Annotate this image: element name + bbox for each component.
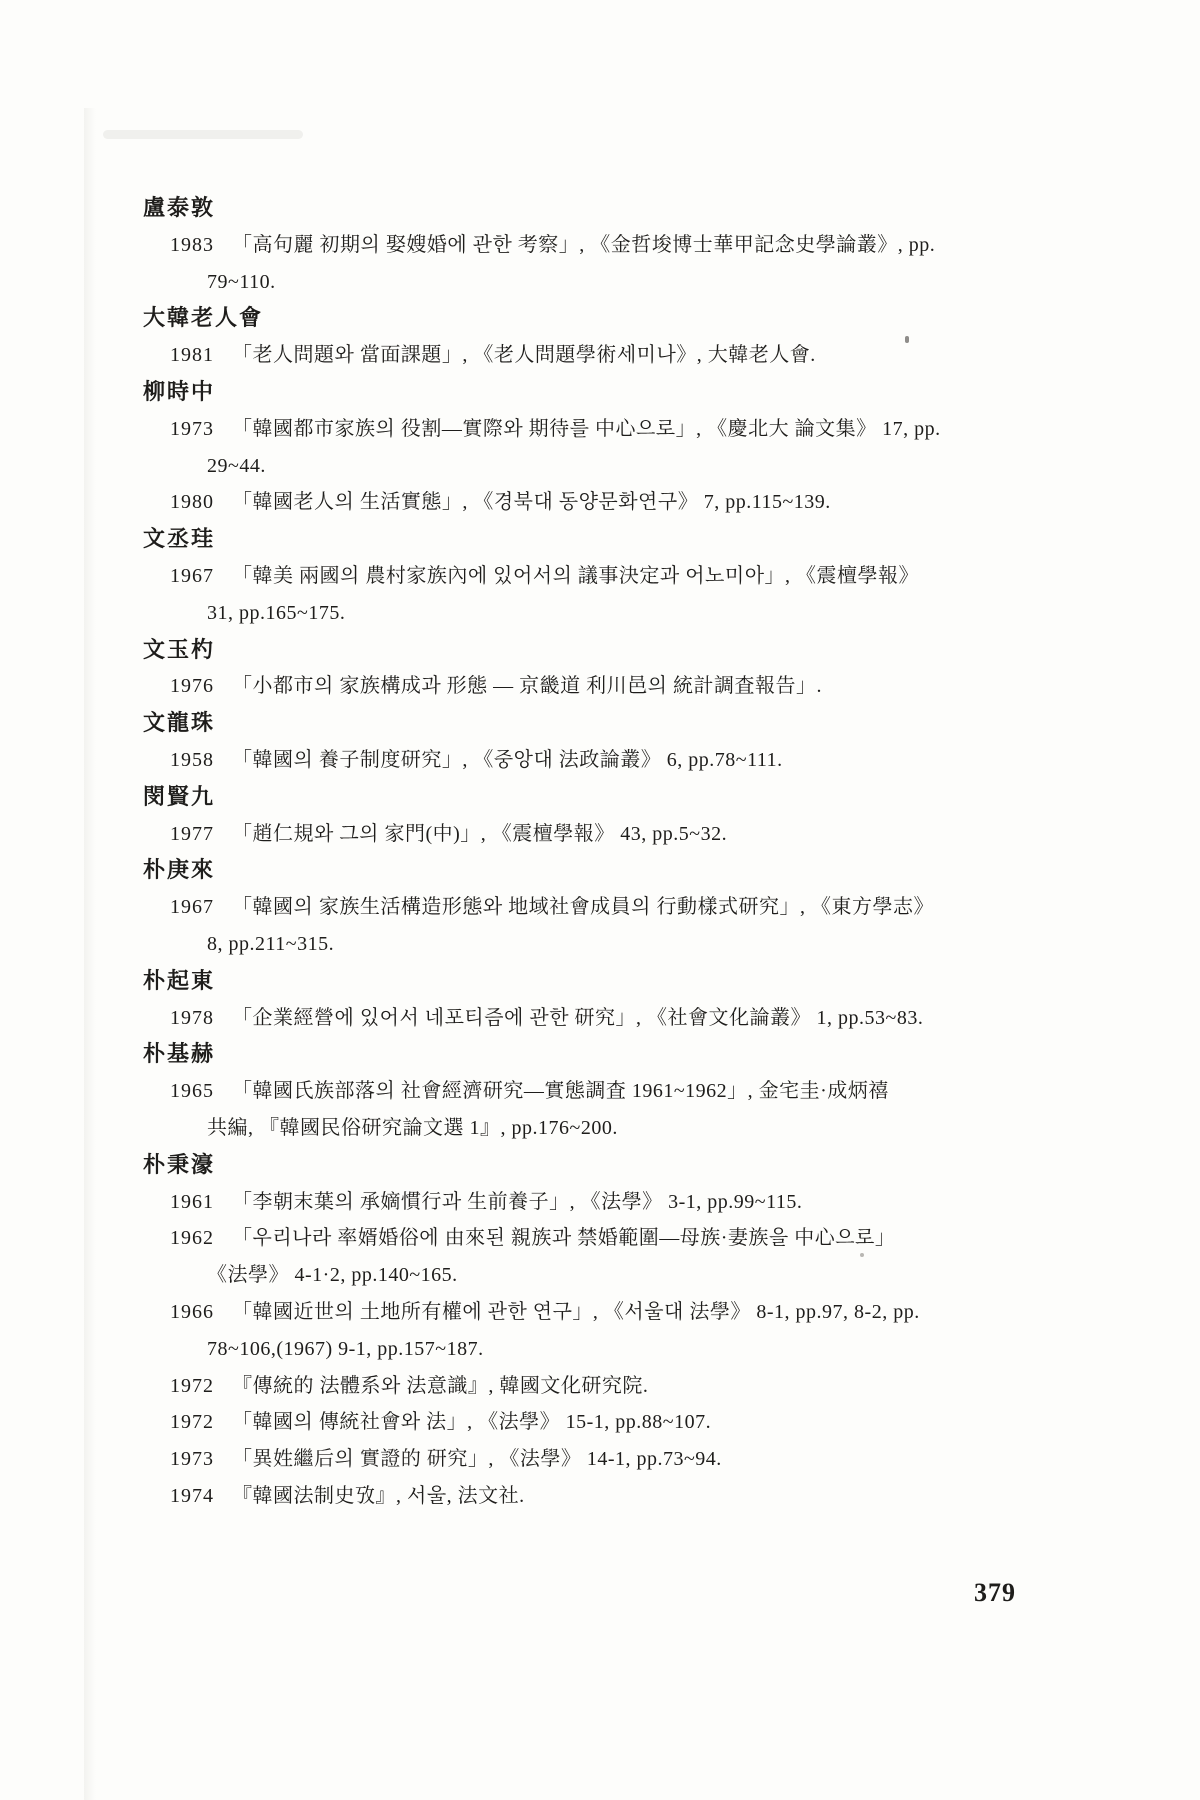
bibliography-entry: 1967 「韓美 兩國의 農村家族內에 있어서의 議事決定과 어노미아」, 《震… (0, 558, 1200, 632)
bibliography-group: 盧泰敦 1983 「高句麗 初期의 娶嫂婚에 관한 考察」, 《金哲埈博士華甲記… (0, 190, 1200, 300)
citation-line: 共編, 『韓國民俗研究論文選 1』, pp.176~200. (207, 1110, 944, 1147)
bibliography-group: 文龍珠 1958 「韓國의 養子制度研究」, 《중앙대 法政論叢》 6, pp.… (0, 705, 1200, 779)
entry-citation: 「韓國의 養子制度研究」, 《중앙대 法政論叢》 6, pp.78~111. (232, 742, 944, 779)
citation-line: 79~110. (207, 264, 944, 301)
bibliography-entry: 1976 「小都市의 家族構成과 形態 — 京畿道 利川邑의 統計調査報告」. (0, 668, 1200, 705)
entry-citation: 「趙仁規와 그의 家門(中)」, 《震檀學報》 43, pp.5~32. (232, 816, 944, 853)
citation-line: 「韓國의 養子制度研究」, 《중앙대 法政論叢》 6, pp.78~111. (232, 742, 944, 779)
bibliography-entry: 1962 「우리나라 率婿婚俗에 由來된 親族과 禁婚範圍—母族·妻族을 中心으… (0, 1220, 1200, 1294)
bibliography-group: 柳時中 1973 「韓國都市家族의 役割—實際와 期待를 中心으로」, 《慶北大… (0, 374, 1200, 521)
citation-line: 「企業經營에 있어서 네포티즘에 관한 研究」, 《社會文化論叢》 1, pp.… (232, 1000, 944, 1037)
bibliography-group: 朴基赫 1965 「韓國氏族部落의 社會經濟研究—實態調査 1961~1962」… (0, 1036, 1200, 1146)
entry-citation: 「李朝末葉의 承嫡慣行과 生前養子」, 《法學》 3-1, pp.99~115. (232, 1184, 944, 1221)
bibliography-group: 文丞珪 1967 「韓美 兩國의 農村家族內에 있어서의 議事決定과 어노미아」… (0, 521, 1200, 631)
citation-line: 「韓國의 傳統社會와 法」, 《法學》 15-1, pp.88~107. (232, 1404, 944, 1441)
entry-year: 1980 (170, 484, 232, 521)
entry-citation: 「韓美 兩國의 農村家族內에 있어서의 議事決定과 어노미아」, 《震檀學報》 … (232, 558, 944, 632)
author-heading: 柳時中 (0, 374, 1200, 411)
entry-year: 1981 (170, 337, 232, 374)
citation-line: 「韓國近世의 土地所有權에 관한 연구」, 《서울대 法學》 8-1, pp.9… (232, 1294, 944, 1331)
bibliography-entry: 1973 「異姓繼后의 實證的 研究」, 《法學》 14-1, pp.73~94… (0, 1441, 1200, 1478)
author-heading: 朴起東 (0, 963, 1200, 1000)
citation-line: 78~106,(1967) 9-1, pp.157~187. (207, 1331, 944, 1368)
entry-year: 1972 (170, 1368, 232, 1405)
bibliography-entry: 1981 「老人問題와 當面課題」, 《老人問題學術세미나》, 大韓老人會. (0, 337, 1200, 374)
scanned-book-page: 盧泰敦 1983 「高句麗 初期의 娶嫂婚에 관한 考察」, 《金哲埈博士華甲記… (0, 0, 1200, 1800)
citation-line: 31, pp.165~175. (207, 595, 944, 632)
citation-line: 『傳統的 法體系와 法意識』, 韓國文化研究院. (232, 1368, 944, 1405)
bibliography-group: 文玉杓 1976 「小都市의 家族構成과 形態 — 京畿道 利川邑의 統計調査報… (0, 632, 1200, 706)
citation-line: 《法學》 4-1·2, pp.140~165. (207, 1257, 944, 1294)
entry-year: 1974 (170, 1478, 232, 1515)
bibliography-entry: 1958 「韓國의 養子制度研究」, 《중앙대 法政論叢》 6, pp.78~1… (0, 742, 1200, 779)
scan-smudge-artifact (103, 130, 303, 139)
entry-year: 1976 (170, 668, 232, 705)
citation-line: 「韓國氏族部落의 社會經濟研究—實態調査 1961~1962」, 金宅圭·成炳禧 (232, 1073, 944, 1110)
citation-line: 「異姓繼后의 實證的 研究」, 《法學》 14-1, pp.73~94. (232, 1441, 944, 1478)
citation-line: 「高句麗 初期의 娶嫂婚에 관한 考察」, 《金哲埈博士華甲記念史學論叢》, p… (232, 227, 944, 264)
bibliography-group: 閔賢九 1977 「趙仁規와 그의 家門(中)」, 《震檀學報》 43, pp.… (0, 779, 1200, 853)
bibliography-entry: 1961 「李朝末葉의 承嫡慣行과 生前養子」, 《法學》 3-1, pp.99… (0, 1184, 1200, 1221)
bibliography-entry: 1980 「韓國老人의 生活實態」, 《경북대 동양문화연구》 7, pp.11… (0, 484, 1200, 521)
citation-line: 『韓國法制史攷』, 서울, 法文社. (232, 1478, 944, 1515)
bibliography-entry: 1972 「韓國의 傳統社會와 法」, 《法學》 15-1, pp.88~107… (0, 1404, 1200, 1441)
author-heading: 大韓老人會 (0, 300, 1200, 337)
author-heading: 朴庚來 (0, 852, 1200, 889)
author-heading: 文龍珠 (0, 705, 1200, 742)
entry-citation: 「企業經營에 있어서 네포티즘에 관한 研究」, 《社會文化論叢》 1, pp.… (232, 1000, 944, 1037)
bibliography-entry: 1977 「趙仁規와 그의 家門(中)」, 《震檀學報》 43, pp.5~32… (0, 816, 1200, 853)
citation-line: 「韓國의 家族生活構造形態와 地域社會成員의 行動樣式研究」, 《東方學志》 (232, 889, 944, 926)
citation-line: 「小都市의 家族構成과 形態 — 京畿道 利川邑의 統計調査報告」. (232, 668, 944, 705)
bibliography-group: 朴庚來 1967 「韓國의 家族生活構造形態와 地域社會成員의 行動樣式研究」,… (0, 852, 1200, 962)
bibliography: 盧泰敦 1983 「高句麗 初期의 娶嫂婚에 관한 考察」, 《金哲埈博士華甲記… (0, 190, 1200, 1515)
citation-line: 「韓國老人의 生活實態」, 《경북대 동양문화연구》 7, pp.115~139… (232, 484, 944, 521)
entry-citation: 「小都市의 家族構成과 形態 — 京畿道 利川邑의 統計調査報告」. (232, 668, 944, 705)
page-number: 379 (974, 1578, 1016, 1608)
entry-citation: 「韓國氏族部落의 社會經濟研究—實態調査 1961~1962」, 金宅圭·成炳禧… (232, 1073, 944, 1147)
entry-citation: 「韓國都市家族의 役割—實際와 期待를 中心으로」, 《慶北大 論文集》 17,… (232, 411, 944, 485)
bibliography-group: 大韓老人會 1981 「老人問題와 當面課題」, 《老人問題學術세미나》, 大韓… (0, 300, 1200, 374)
bibliography-entry: 1983 「高句麗 初期의 娶嫂婚에 관한 考察」, 《金哲埈博士華甲記念史學論… (0, 227, 1200, 301)
entry-citation: 『傳統的 法體系와 法意識』, 韓國文化研究院. (232, 1368, 944, 1405)
entry-citation: 『韓國法制史攷』, 서울, 法文社. (232, 1478, 944, 1515)
author-heading: 盧泰敦 (0, 190, 1200, 227)
author-heading: 文丞珪 (0, 521, 1200, 558)
author-heading: 文玉杓 (0, 632, 1200, 669)
bibliography-entry: 1966 「韓國近世의 土地所有權에 관한 연구」, 《서울대 法學》 8-1,… (0, 1294, 1200, 1368)
entry-citation: 「異姓繼后의 實證的 研究」, 《法學》 14-1, pp.73~94. (232, 1441, 944, 1478)
entry-citation: 「韓國近世의 土地所有權에 관한 연구」, 《서울대 法學》 8-1, pp.9… (232, 1294, 944, 1368)
citation-line: 「韓國都市家族의 役割—實際와 期待를 中心으로」, 《慶北大 論文集》 17,… (232, 411, 944, 448)
citation-line: 29~44. (207, 448, 944, 485)
entry-year: 1973 (170, 1441, 232, 1478)
entry-citation: 「우리나라 率婿婚俗에 由來된 親族과 禁婚範圍—母族·妻族을 中心으로」 《法… (232, 1220, 944, 1294)
bibliography-group: 朴秉濠 1961 「李朝末葉의 承嫡慣行과 生前養子」, 《法學》 3-1, p… (0, 1147, 1200, 1515)
citation-line: 8, pp.211~315. (207, 926, 944, 963)
entry-year: 1961 (170, 1184, 232, 1221)
entry-citation: 「韓國의 傳統社會와 法」, 《法學》 15-1, pp.88~107. (232, 1404, 944, 1441)
entry-citation: 「韓國의 家族生活構造形態와 地域社會成員의 行動樣式研究」, 《東方學志》 8… (232, 889, 944, 963)
citation-line: 「우리나라 率婿婚俗에 由來된 親族과 禁婚範圍—母族·妻族을 中心으로」 (232, 1220, 944, 1257)
entry-year: 1972 (170, 1404, 232, 1441)
citation-line: 「趙仁規와 그의 家門(中)」, 《震檀學報》 43, pp.5~32. (232, 816, 944, 853)
bibliography-entry: 1965 「韓國氏族部落의 社會經濟研究—實態調査 1961~1962」, 金宅… (0, 1073, 1200, 1147)
citation-line: 「韓美 兩國의 農村家族內에 있어서의 議事決定과 어노미아」, 《震檀學報》 (232, 558, 944, 595)
bibliography-entry: 1972 『傳統的 法體系와 法意識』, 韓國文化研究院. (0, 1368, 1200, 1405)
citation-line: 「老人問題와 當面課題」, 《老人問題學術세미나》, 大韓老人會. (232, 337, 944, 374)
author-heading: 朴秉濠 (0, 1147, 1200, 1184)
author-heading: 朴基赫 (0, 1036, 1200, 1073)
entry-year: 1958 (170, 742, 232, 779)
bibliography-group: 朴起東 1978 「企業經營에 있어서 네포티즘에 관한 研究」, 《社會文化論… (0, 963, 1200, 1037)
bibliography-entry: 1978 「企業經營에 있어서 네포티즘에 관한 研究」, 《社會文化論叢》 1… (0, 1000, 1200, 1037)
entry-citation: 「老人問題와 當面課題」, 《老人問題學術세미나》, 大韓老人會. (232, 337, 944, 374)
entry-citation: 「韓國老人의 生活實態」, 《경북대 동양문화연구》 7, pp.115~139… (232, 484, 944, 521)
entry-year: 1978 (170, 1000, 232, 1037)
bibliography-entry: 1973 「韓國都市家族의 役割—實際와 期待를 中心으로」, 《慶北大 論文集… (0, 411, 1200, 485)
author-heading: 閔賢九 (0, 779, 1200, 816)
bibliography-entry: 1967 「韓國의 家族生活構造形態와 地域社會成員의 行動樣式研究」, 《東方… (0, 889, 1200, 963)
entry-year: 1977 (170, 816, 232, 853)
citation-line: 「李朝末葉의 承嫡慣行과 生前養子」, 《法學》 3-1, pp.99~115. (232, 1184, 944, 1221)
entry-citation: 「高句麗 初期의 娶嫂婚에 관한 考察」, 《金哲埈博士華甲記念史學論叢》, p… (232, 227, 944, 301)
bibliography-entry: 1974 『韓國法制史攷』, 서울, 法文社. (0, 1478, 1200, 1515)
